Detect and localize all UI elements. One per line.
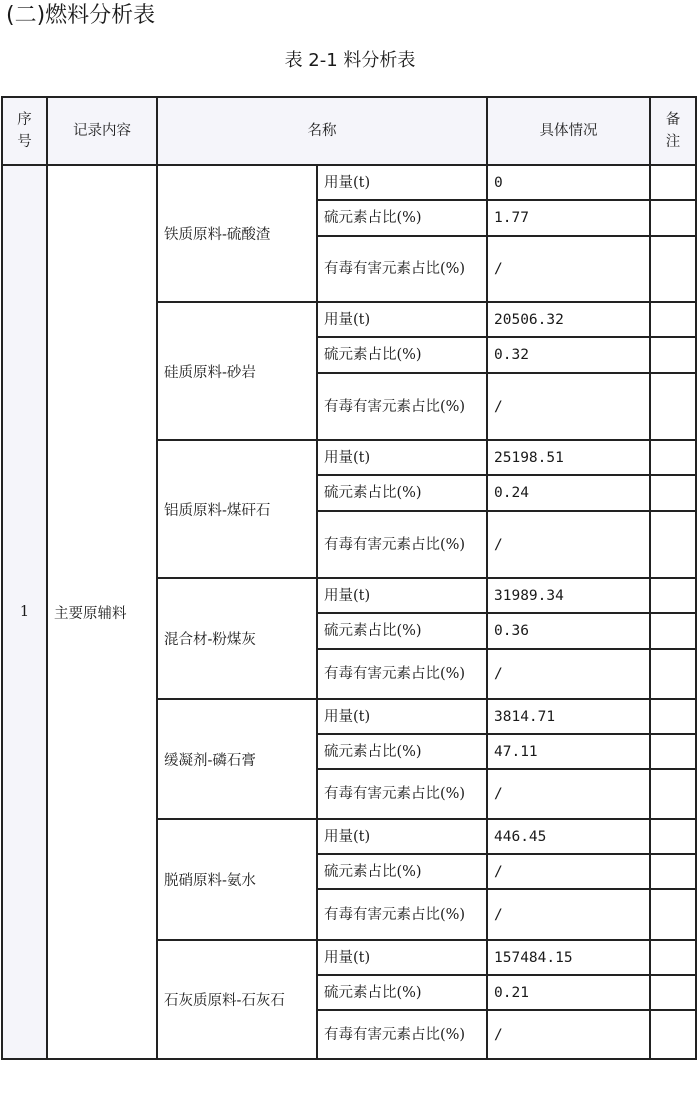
fuel-analysis-table: 序号 记录内容 名称 具体情况 备注 1主要原辅料铁质原料-硫酸渣用量(t)0硫… xyxy=(1,96,697,1060)
header-seq: 序号 xyxy=(2,97,47,165)
cell-seq: 1 xyxy=(2,165,47,1059)
cell-note xyxy=(650,769,696,819)
cell-property-toxic: 有毒有害元素占比(%) xyxy=(317,889,487,940)
cell-note xyxy=(650,649,696,699)
cell-note xyxy=(650,613,696,649)
cell-note xyxy=(650,440,696,475)
cell-property-sulfur: 硫元素占比(%) xyxy=(317,734,487,769)
cell-property-toxic: 有毒有害元素占比(%) xyxy=(317,373,487,440)
cell-value-toxic: / xyxy=(487,1010,650,1059)
cell-property-usage: 用量(t) xyxy=(317,440,487,475)
cell-note xyxy=(650,475,696,511)
cell-value-sulfur: / xyxy=(487,854,650,889)
cell-material-name: 混合材-粉煤灰 xyxy=(157,578,317,699)
cell-property-usage: 用量(t) xyxy=(317,819,487,854)
cell-property-sulfur: 硫元素占比(%) xyxy=(317,200,487,236)
cell-value-sulfur: 0.24 xyxy=(487,475,650,511)
cell-material-name: 石灰质原料-石灰石 xyxy=(157,940,317,1059)
cell-value-usage: 446.45 xyxy=(487,819,650,854)
cell-material-name: 硅质原料-砂岩 xyxy=(157,302,317,440)
cell-material-name: 铁质原料-硫酸渣 xyxy=(157,165,317,302)
cell-note xyxy=(650,940,696,975)
cell-material-name: 脱硝原料-氨水 xyxy=(157,819,317,940)
cell-property-usage: 用量(t) xyxy=(317,940,487,975)
cell-note xyxy=(650,975,696,1010)
cell-note xyxy=(650,734,696,769)
header-name: 名称 xyxy=(157,97,487,165)
cell-value-toxic: / xyxy=(487,373,650,440)
cell-note xyxy=(650,699,696,734)
header-row: 序号 记录内容 名称 具体情况 备注 xyxy=(2,97,696,165)
cell-value-usage: 25198.51 xyxy=(487,440,650,475)
cell-property-usage: 用量(t) xyxy=(317,302,487,337)
cell-note xyxy=(650,373,696,440)
cell-note xyxy=(650,889,696,940)
cell-note xyxy=(650,578,696,613)
cell-property-toxic: 有毒有害元素占比(%) xyxy=(317,511,487,578)
cell-note xyxy=(650,165,696,200)
cell-property-toxic: 有毒有害元素占比(%) xyxy=(317,236,487,302)
cell-note xyxy=(650,819,696,854)
cell-value-toxic: / xyxy=(487,769,650,819)
cell-value-sulfur: 0.36 xyxy=(487,613,650,649)
cell-property-sulfur: 硫元素占比(%) xyxy=(317,475,487,511)
header-note: 备注 xyxy=(650,97,696,165)
cell-note xyxy=(650,1010,696,1059)
cell-note xyxy=(650,302,696,337)
cell-property-toxic: 有毒有害元素占比(%) xyxy=(317,1010,487,1059)
table-row: 1主要原辅料铁质原料-硫酸渣用量(t)0 xyxy=(2,165,696,200)
cell-property-sulfur: 硫元素占比(%) xyxy=(317,975,487,1010)
cell-property-toxic: 有毒有害元素占比(%) xyxy=(317,649,487,699)
cell-value-sulfur: 0.32 xyxy=(487,337,650,373)
cell-material-name: 铝质原料-煤矸石 xyxy=(157,440,317,578)
header-detail: 具体情况 xyxy=(487,97,650,165)
cell-material-name: 缓凝剂-磷石膏 xyxy=(157,699,317,819)
cell-value-toxic: / xyxy=(487,889,650,940)
cell-property-usage: 用量(t) xyxy=(317,165,487,200)
cell-note xyxy=(650,236,696,302)
cell-note xyxy=(650,511,696,578)
cell-property-sulfur: 硫元素占比(%) xyxy=(317,337,487,373)
cell-value-toxic: / xyxy=(487,236,650,302)
cell-value-usage: 157484.15 xyxy=(487,940,650,975)
cell-note xyxy=(650,854,696,889)
cell-value-toxic: / xyxy=(487,511,650,578)
cell-note xyxy=(650,200,696,236)
header-record: 记录内容 xyxy=(47,97,157,165)
cell-value-sulfur: 1.77 xyxy=(487,200,650,236)
cell-property-usage: 用量(t) xyxy=(317,578,487,613)
cell-note xyxy=(650,337,696,373)
cell-property-sulfur: 硫元素占比(%) xyxy=(317,613,487,649)
table-caption: 表 2-1 料分析表 xyxy=(0,48,700,74)
cell-value-sulfur: 0.21 xyxy=(487,975,650,1010)
cell-property-sulfur: 硫元素占比(%) xyxy=(317,854,487,889)
section-heading: (二)燃料分析表 xyxy=(6,0,155,32)
cell-property-usage: 用量(t) xyxy=(317,699,487,734)
cell-value-sulfur: 47.11 xyxy=(487,734,650,769)
cell-value-usage: 20506.32 xyxy=(487,302,650,337)
cell-value-usage: 0 xyxy=(487,165,650,200)
cell-value-toxic: / xyxy=(487,649,650,699)
cell-property-toxic: 有毒有害元素占比(%) xyxy=(317,769,487,819)
cell-value-usage: 3814.71 xyxy=(487,699,650,734)
cell-category: 主要原辅料 xyxy=(47,165,157,1059)
cell-value-usage: 31989.34 xyxy=(487,578,650,613)
